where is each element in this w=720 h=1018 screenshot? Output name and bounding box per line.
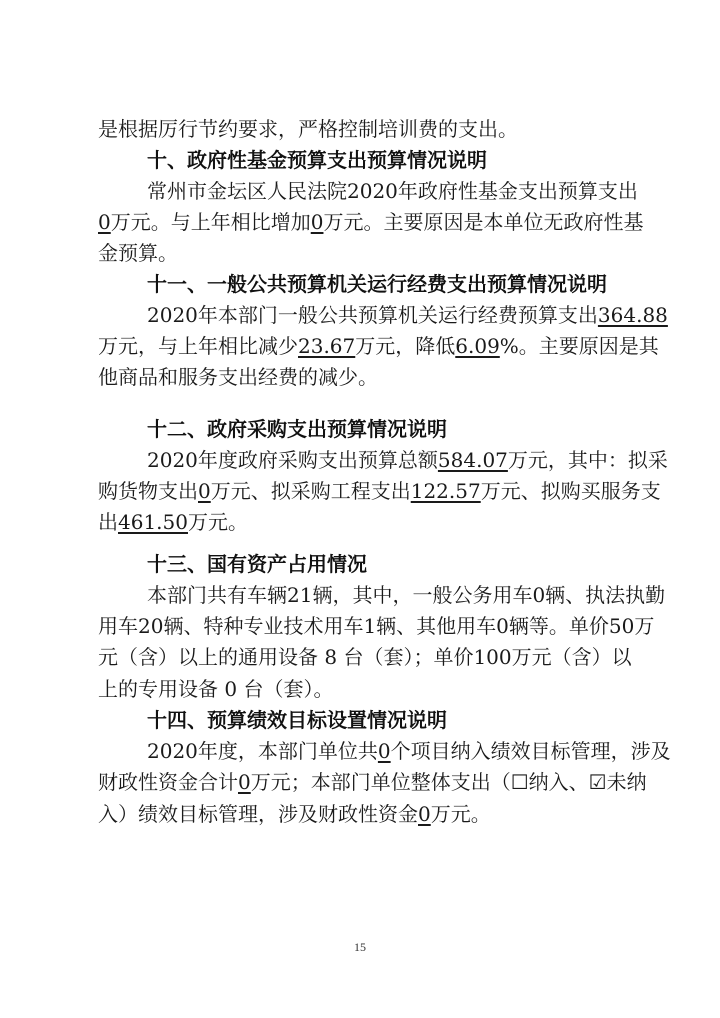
value-decrease-percent: 6.09 (455, 334, 500, 358)
value-services: 461.50 (118, 510, 188, 534)
page-number: 15 (0, 940, 720, 955)
section-heading-13: 十三、国有资产占用情况 (147, 549, 367, 580)
paragraph-line: 0万元。与上年相比增加0万元。主要原因是本单位无政府性基 (98, 207, 623, 238)
section-heading-14: 十四、预算绩效目标设置情况说明 (147, 705, 447, 736)
paragraph-line: 金预算。 (98, 238, 623, 269)
value-project-count: 0 (378, 739, 391, 763)
paragraph-line: 财政性资金合计0万元；本部门单位整体支出（☐纳入、☑未纳 (98, 767, 623, 798)
value-fund-expenditure: 0 (98, 210, 111, 234)
section-heading-11: 十一、一般公共预算机关运行经费支出预算情况说明 (147, 269, 607, 300)
value-operating-expense: 364.88 (598, 303, 668, 327)
value-procurement-total: 584.07 (438, 448, 508, 472)
value-decrease-amount: 23.67 (298, 334, 355, 358)
paragraph-line: 出461.50万元。 (98, 507, 623, 538)
paragraph-continuation: 是根据厉行节约要求，严格控制培训费的支出。 (98, 114, 623, 145)
paragraph-line: 购货物支出0万元、拟采购工程支出122.57万元、拟购买服务支 (98, 476, 623, 507)
paragraph-line: 万元，与上年相比减少23.67万元，降低6.09%。主要原因是其 (98, 331, 623, 362)
paragraph-line: 2020年本部门一般公共预算机关运行经费预算支出364.88 (147, 300, 623, 331)
section-heading-12: 十二、政府采购支出预算情况说明 (147, 414, 447, 445)
paragraph-line: 常州市金坛区人民法院2020年政府性基金支出预算支出 (147, 176, 623, 207)
paragraph-line: 2020年度，本部门单位共0个项目纳入绩效目标管理，涉及 (147, 736, 623, 767)
paragraph-line: 他商品和服务支出经费的减少。 (98, 362, 623, 393)
value-fund-total: 0 (238, 770, 251, 794)
section-heading-10: 十、政府性基金预算支出预算情况说明 (147, 145, 487, 176)
paragraph-line: 2020年度政府采购支出预算总额584.07万元，其中：拟采 (147, 445, 623, 476)
value-fund-increase: 0 (311, 210, 324, 234)
paragraph-line: 用车20辆、特种专业技术用车1辆、其他用车0辆等。单价50万 (98, 611, 623, 642)
paragraph-line: 本部门共有车辆21辆，其中，一般公务用车0辆、执法执勤 (147, 580, 623, 611)
paragraph-line: 上的专用设备 0 台（套）。 (98, 674, 623, 705)
value-works: 122.57 (411, 479, 481, 503)
value-fund-amount: 0 (418, 802, 431, 826)
paragraph-line: 元（含）以上的通用设备 8 台（套）；单价100万元（含）以 (98, 642, 623, 673)
value-goods: 0 (198, 479, 211, 503)
paragraph-line: 入）绩效目标管理，涉及财政性资金0万元。 (98, 799, 623, 830)
document-page: 是根据厉行节约要求，严格控制培训费的支出。 十、政府性基金预算支出预算情况说明 … (0, 0, 720, 1018)
